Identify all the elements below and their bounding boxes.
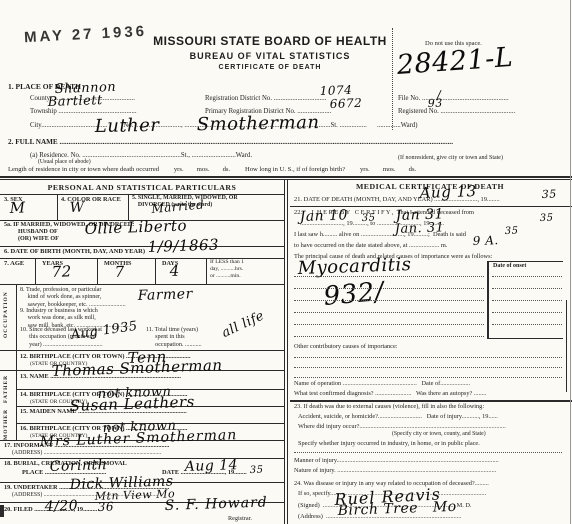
full-name-line: 2. FULL NAME ...........................… bbox=[8, 138, 453, 147]
attended-from-value: Jan 10 bbox=[299, 207, 348, 225]
sex-value: M bbox=[9, 198, 25, 217]
gutter-line bbox=[16, 284, 17, 440]
dotted-line bbox=[492, 276, 562, 277]
burial-year-value: 35 bbox=[250, 465, 264, 476]
filed-date-value: 4/20 bbox=[44, 498, 78, 515]
filed-year-value: 36 bbox=[98, 499, 115, 514]
dotted-line bbox=[294, 357, 562, 358]
onset-box-line bbox=[487, 338, 563, 339]
spouse-value: Ollie Liberto bbox=[84, 216, 187, 238]
registrar-label: Registrar. bbox=[228, 515, 252, 523]
rule-line bbox=[0, 458, 284, 459]
burial-date-value: Aug 14 bbox=[184, 457, 238, 475]
cause-code-value: 932/ bbox=[322, 277, 385, 312]
board-title: MISSOURI STATE BOARD OF HEALTH bbox=[145, 34, 395, 50]
nature-line: Nature of injury. ......................… bbox=[294, 467, 496, 475]
file-no-line: File No. ...............................… bbox=[398, 95, 509, 104]
dotted-line bbox=[294, 336, 484, 337]
mother-vertical-label: MOTHER bbox=[3, 408, 9, 440]
onset-box-line bbox=[487, 261, 563, 262]
primary-district-value: 6672 bbox=[330, 96, 363, 111]
informant-sub: (ADDRESS) ..............................… bbox=[12, 450, 161, 458]
margin-bracket-line bbox=[566, 300, 567, 392]
dob-label: 6. DATE OF BIRTH (MONTH, DAY, AND YEAR) bbox=[4, 248, 145, 256]
registered-no-line: Registered No. .........................… bbox=[398, 108, 515, 117]
attended-from-year: 35 bbox=[362, 213, 376, 224]
last-saw-value: Jan. 31 bbox=[394, 220, 444, 237]
rule-line bbox=[0, 284, 284, 285]
certificate-subtitle: CERTIFICATE OF DEATH bbox=[145, 63, 395, 72]
age-less-label: If LESS than 1 day, ..........hrs. or ..… bbox=[210, 259, 244, 280]
rule-line bbox=[290, 400, 572, 402]
attended-to-year: 35 bbox=[540, 213, 554, 224]
personal-title: PERSONAL AND STATISTICAL PARTICULARS bbox=[0, 183, 284, 193]
registration-district-line: Registration District No. ..............… bbox=[205, 95, 326, 104]
death-date-value: Aug 13 bbox=[419, 182, 477, 202]
cell-divider-line bbox=[155, 258, 156, 284]
manner-line: Manner of injury........................… bbox=[294, 457, 499, 465]
race-value: W bbox=[69, 199, 84, 216]
bureau-subtitle: BUREAU OF VITAL STATISTICS bbox=[145, 51, 395, 63]
father-vertical-label: FATHER bbox=[3, 372, 9, 406]
burial-place-value: Corinth bbox=[49, 457, 107, 475]
death-certificate-scan: MAY 27 1936 MISSOURI STATE BOARD OF HEAL… bbox=[0, 0, 572, 524]
age-label: 7. AGE bbox=[4, 260, 24, 268]
age-months-value: 7 bbox=[114, 263, 125, 281]
dob-value: 1/9/1863 bbox=[147, 236, 219, 256]
external-label: 23. If death was due to external causes … bbox=[294, 403, 484, 411]
cell-divider-line bbox=[206, 258, 207, 284]
column-divider-line bbox=[287, 179, 288, 524]
occupation-vertical-label: OCCUPATION bbox=[3, 286, 9, 344]
dotted-line bbox=[294, 300, 484, 301]
specify-sub: (Specify city or town, county, and State… bbox=[392, 431, 486, 439]
nonresident-note: (If nonresident, give city or town and S… bbox=[398, 155, 503, 163]
wife-of-label: (OR) WIFE OF bbox=[18, 236, 59, 244]
cell-divider-line bbox=[128, 194, 129, 220]
operation-line: Name of operation ......................… bbox=[294, 380, 470, 388]
dotted-line bbox=[294, 367, 562, 368]
column-divider-line bbox=[284, 179, 285, 524]
contributory-label: Other contributory causes of importance: bbox=[294, 343, 398, 351]
test-line: What test confirmed diagnosis? .........… bbox=[294, 390, 486, 398]
registered-no-value: 93 bbox=[428, 96, 443, 110]
dotted-line bbox=[492, 324, 562, 325]
death-date-year: 35 bbox=[542, 187, 557, 201]
death-time-value: 9 A. bbox=[473, 233, 499, 248]
dotted-line bbox=[294, 377, 562, 378]
total-time-label: 11. Total time (years) spent in this occ… bbox=[146, 327, 202, 349]
full-name-value: Luther Smotherman bbox=[95, 112, 320, 137]
dotted-line bbox=[294, 452, 562, 453]
last-saw-year: 35 bbox=[505, 226, 519, 237]
header-divider-dotted-line bbox=[392, 28, 393, 130]
dotted-line bbox=[294, 312, 484, 313]
received-date-stamp: MAY 27 1936 bbox=[24, 23, 148, 46]
cell-divider-line bbox=[57, 194, 58, 220]
onset-label: Date of onset bbox=[493, 263, 526, 271]
trade-label: 8. Trade, profession, or particular kind… bbox=[20, 287, 126, 309]
total-time-value: all life bbox=[220, 308, 267, 341]
onset-box-line bbox=[487, 261, 489, 339]
dotted-line bbox=[492, 312, 562, 313]
trade-value: Farmer bbox=[137, 286, 193, 304]
scan-edge-line bbox=[570, 0, 571, 524]
age-days-value: 4 bbox=[169, 262, 180, 280]
age-years-value: 72 bbox=[51, 262, 72, 281]
cell-divider-line bbox=[97, 258, 98, 284]
registrar-signature: S. F. Howard bbox=[164, 494, 268, 514]
certificate-number: 28421-L bbox=[396, 42, 514, 81]
residence-length-line: Length of residence in city or town wher… bbox=[8, 166, 416, 175]
dotted-line bbox=[492, 300, 562, 301]
section-rule-line bbox=[0, 176, 572, 178]
accident-line: Accident, suicide, or homicide?.........… bbox=[298, 413, 498, 421]
township-value: Bartlett bbox=[47, 93, 103, 110]
dotted-line bbox=[492, 288, 562, 289]
scan-ink-speck bbox=[0, 505, 4, 517]
where-line: Where did injury occur?.................… bbox=[298, 423, 506, 431]
occurred-line: to have occurred on the date stated abov… bbox=[294, 242, 448, 250]
cell-divider-line bbox=[35, 258, 36, 284]
dotted-line bbox=[294, 324, 484, 325]
section-rule-line bbox=[0, 179, 572, 180]
dotted-line bbox=[294, 276, 484, 277]
rule-line bbox=[0, 246, 284, 247]
dotted-line bbox=[294, 288, 484, 289]
specify-line: Specify whether injury occurred in indus… bbox=[298, 440, 480, 448]
